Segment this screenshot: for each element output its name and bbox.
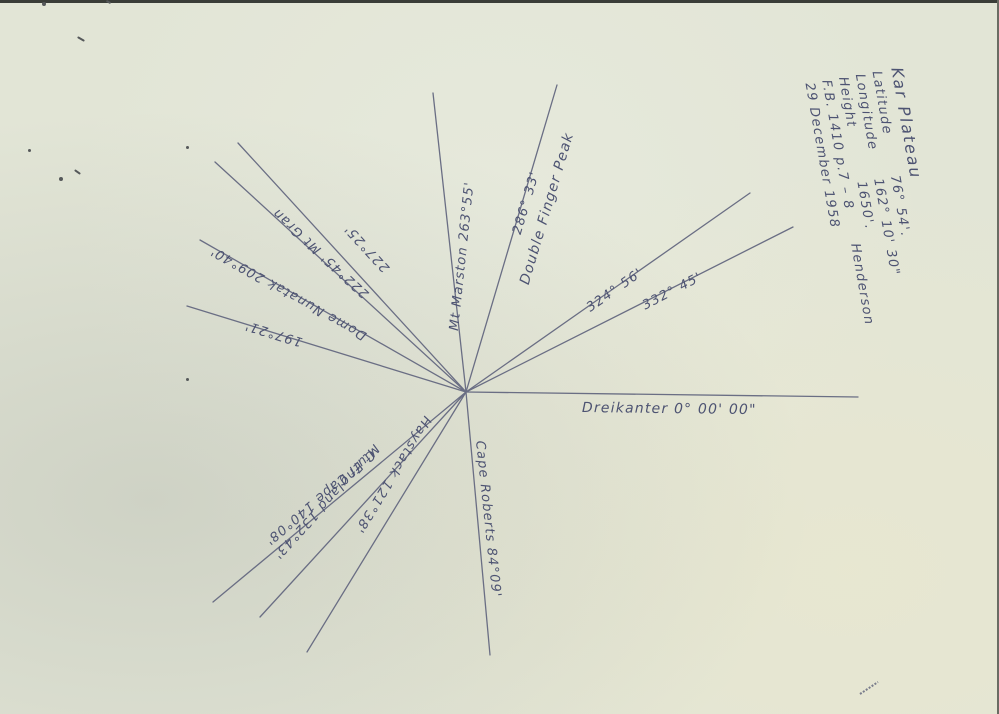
label-dreikanter: Dreikanter 0° 00' 00" <box>582 400 757 418</box>
ray-haystack <box>307 392 466 652</box>
mark-bottom-right <box>860 682 878 694</box>
ray-227 <box>238 143 466 392</box>
ray-dreikanter <box>466 392 858 397</box>
ray-mt-england <box>260 392 466 617</box>
ray-332 <box>466 227 793 392</box>
